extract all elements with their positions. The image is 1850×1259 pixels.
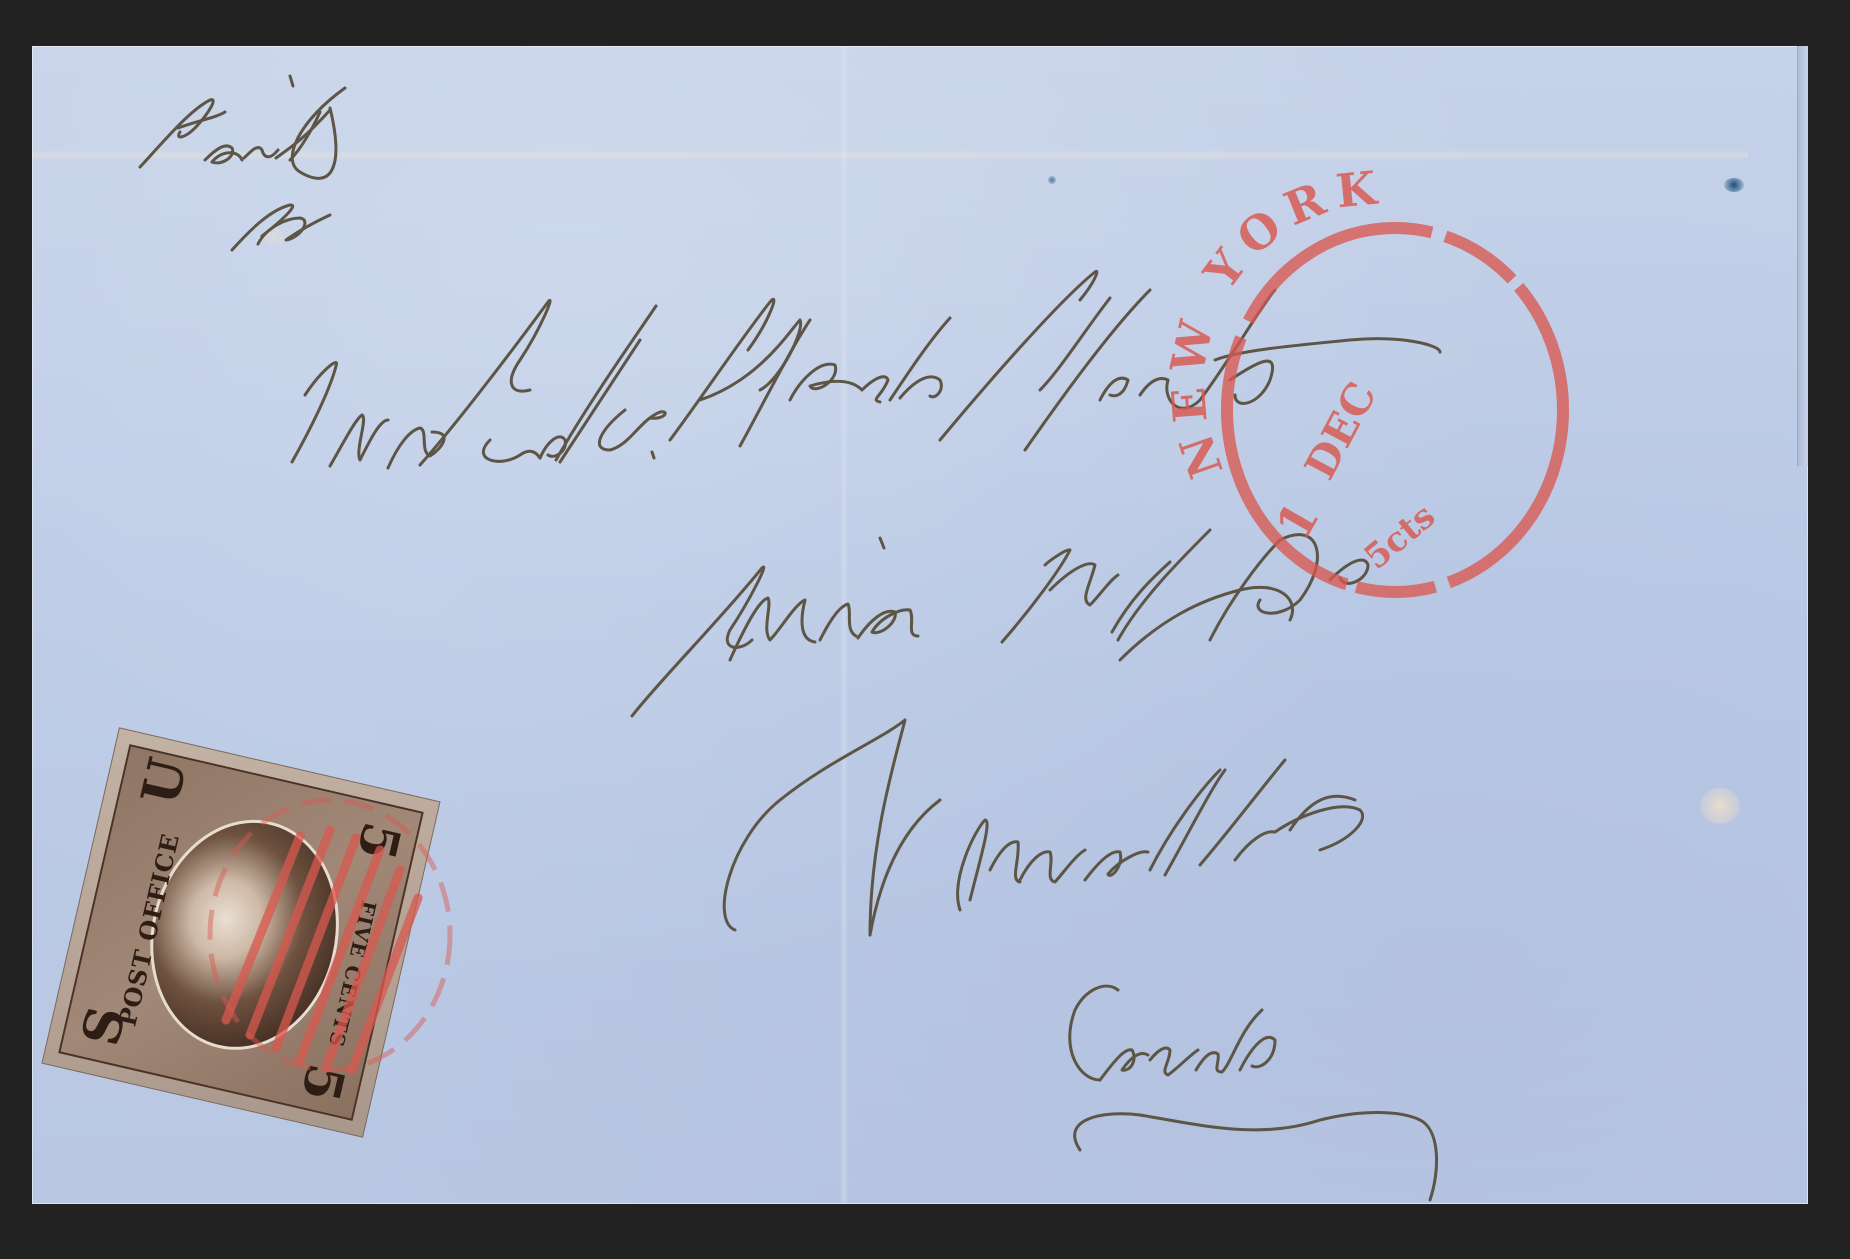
red-grid-cancel	[0, 0, 1850, 1259]
